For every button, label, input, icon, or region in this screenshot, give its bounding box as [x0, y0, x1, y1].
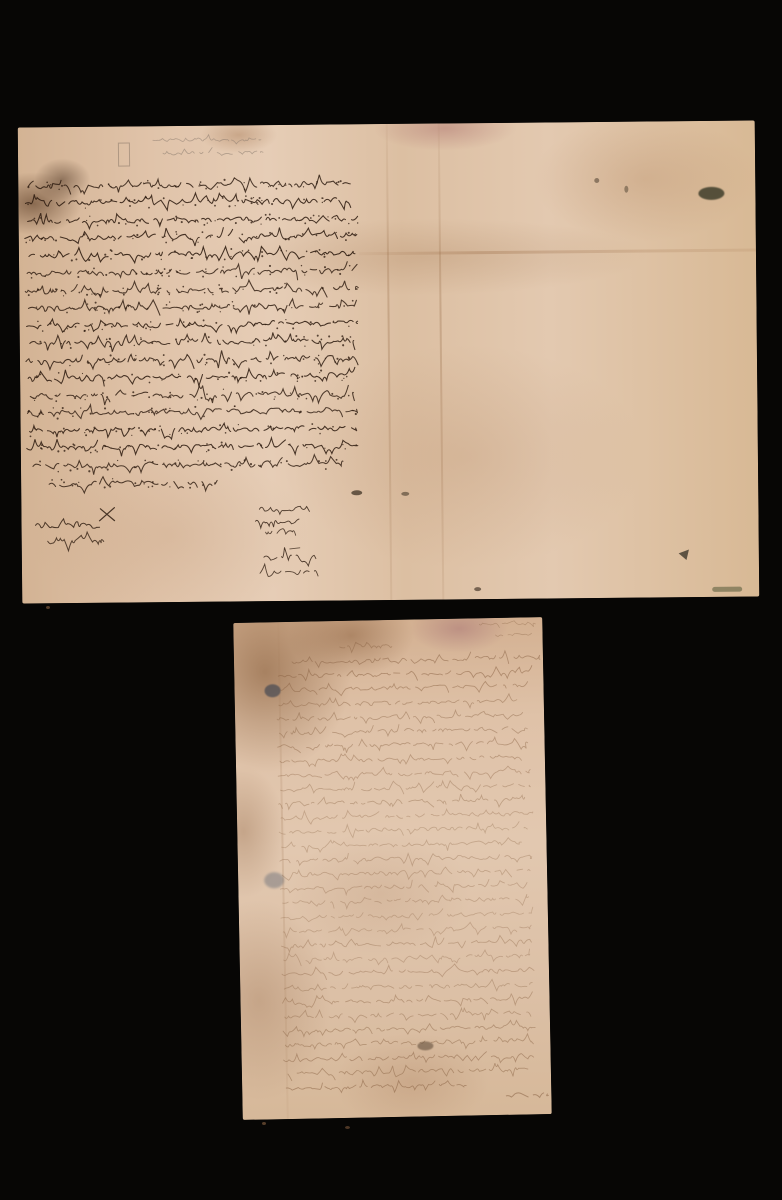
paper-speck [46, 606, 50, 609]
pencil-mark-box [118, 142, 130, 166]
jawi-manuscript-sheet [18, 120, 760, 603]
paper-speck [345, 1126, 350, 1129]
ink-speck [474, 587, 481, 591]
paper-speck [262, 1122, 266, 1125]
english-letter-sheet [233, 617, 551, 1120]
ink-speck [624, 186, 628, 193]
edge-stain [712, 587, 742, 592]
ink-speck [594, 178, 599, 183]
photo-background [0, 0, 782, 1200]
